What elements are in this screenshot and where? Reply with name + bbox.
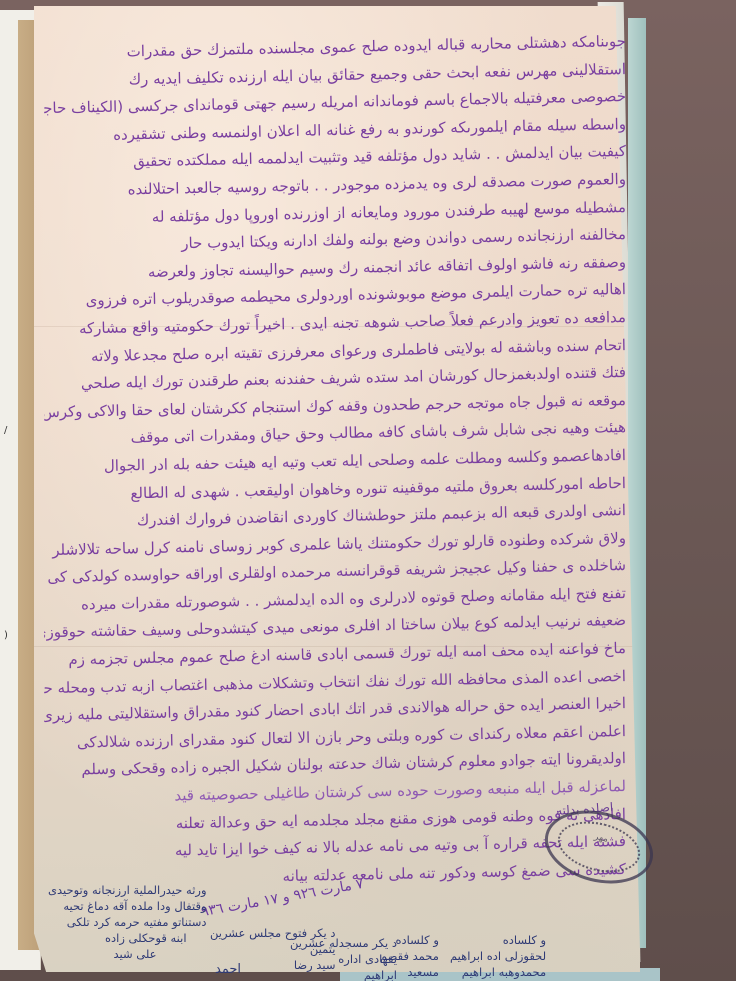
signature-line: و كلساده: [450, 932, 546, 948]
signature-line: وقتفال ودا ملده آقه دماغ تحيه: [48, 898, 207, 914]
signature-block: و كلساده لحقوزلى اده ابراهيم محمدوهبه اب…: [450, 932, 546, 980]
signature-block: ورثه حيدرالملية ارزنجانه وتوحيدى وقتفال …: [48, 882, 207, 962]
signature-line: مسعيد: [380, 964, 439, 980]
signature-line: و كلساده: [380, 932, 439, 948]
signature-line: على شيد: [48, 946, 207, 962]
margin-mark: /: [4, 425, 7, 436]
signature-block: و كلساده محمد فقصم مسعيد: [380, 932, 439, 980]
signature-line: ابنه قوحكلى زاده: [48, 930, 207, 946]
signature-line: محمد فقصم: [380, 948, 439, 964]
signature-line: دستناتو مفتيه حرمه كرد تلكى: [48, 914, 207, 930]
signature-block: احمد: [215, 962, 241, 978]
signature-line: ورثه حيدرالملية ارزنجانه وتوحيدى: [48, 882, 207, 898]
signature-line: لحقوزلى اده ابراهيم: [450, 948, 546, 964]
manuscript-body: جوىنامكه دهشتلى محاربه قباله ايدوده صلح …: [44, 28, 626, 883]
margin-mark: ): [4, 630, 8, 641]
signature-line: محمدوهبه ابراهيم: [450, 964, 546, 980]
signature-line: احمد: [215, 962, 241, 978]
